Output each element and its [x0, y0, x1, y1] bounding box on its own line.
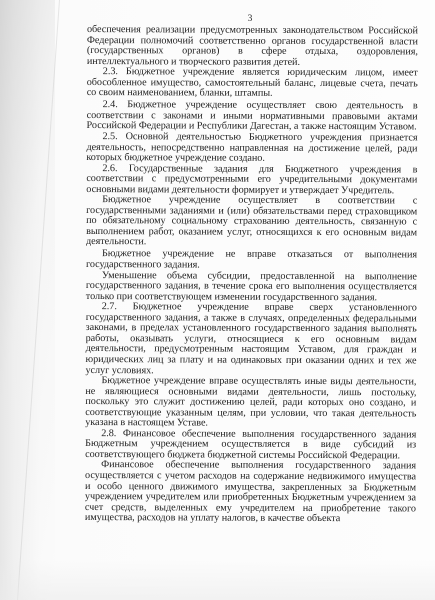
- scanned-page: 3 обеспечения реализации предусмотренных…: [0, 0, 435, 600]
- page-number: 3: [0, 14, 435, 24]
- document-body: обеспечения реализации предусмотренных з…: [85, 25, 418, 525]
- paragraph-2-8: 2.8. Финансовое обеспечение выполнения г…: [85, 429, 416, 462]
- paragraph-2-7-other-activities: Бюджетное учреждение вправе осуществлять…: [85, 376, 416, 430]
- paragraph-2-6-no-refusal: Бюджетное учреждение не вправе отказатьс…: [86, 249, 417, 272]
- paragraph-2-6-tasks: Бюджетное учреждение осуществляет в соот…: [86, 195, 417, 249]
- paragraph-2-6-subsidy-reduction: Уменьшение объема субсидии, предоставлен…: [86, 271, 417, 304]
- paragraph-2-3: 2.3. Бюджетное учреждение является юриди…: [87, 67, 418, 100]
- paragraph-2-6: 2.6. Государственные задания для Бюджетн…: [86, 164, 417, 197]
- page-fold-shadow: [0, 0, 55, 600]
- paragraph-2-4: 2.4. Бюджетное учреждение осуществляет с…: [87, 100, 418, 133]
- paragraph-2-7: 2.7. Бюджетное учреждение вправе сверх у…: [85, 302, 416, 377]
- bottom-scan-shade: [0, 560, 435, 600]
- paragraph-2-5: 2.5. Основной деятельностью Бюджетного у…: [86, 132, 417, 165]
- paragraph-continuation: обеспечения реализации предусмотренных з…: [87, 25, 418, 69]
- paragraph-2-8-financing: Финансовое обеспечение выполнения госуда…: [85, 460, 416, 525]
